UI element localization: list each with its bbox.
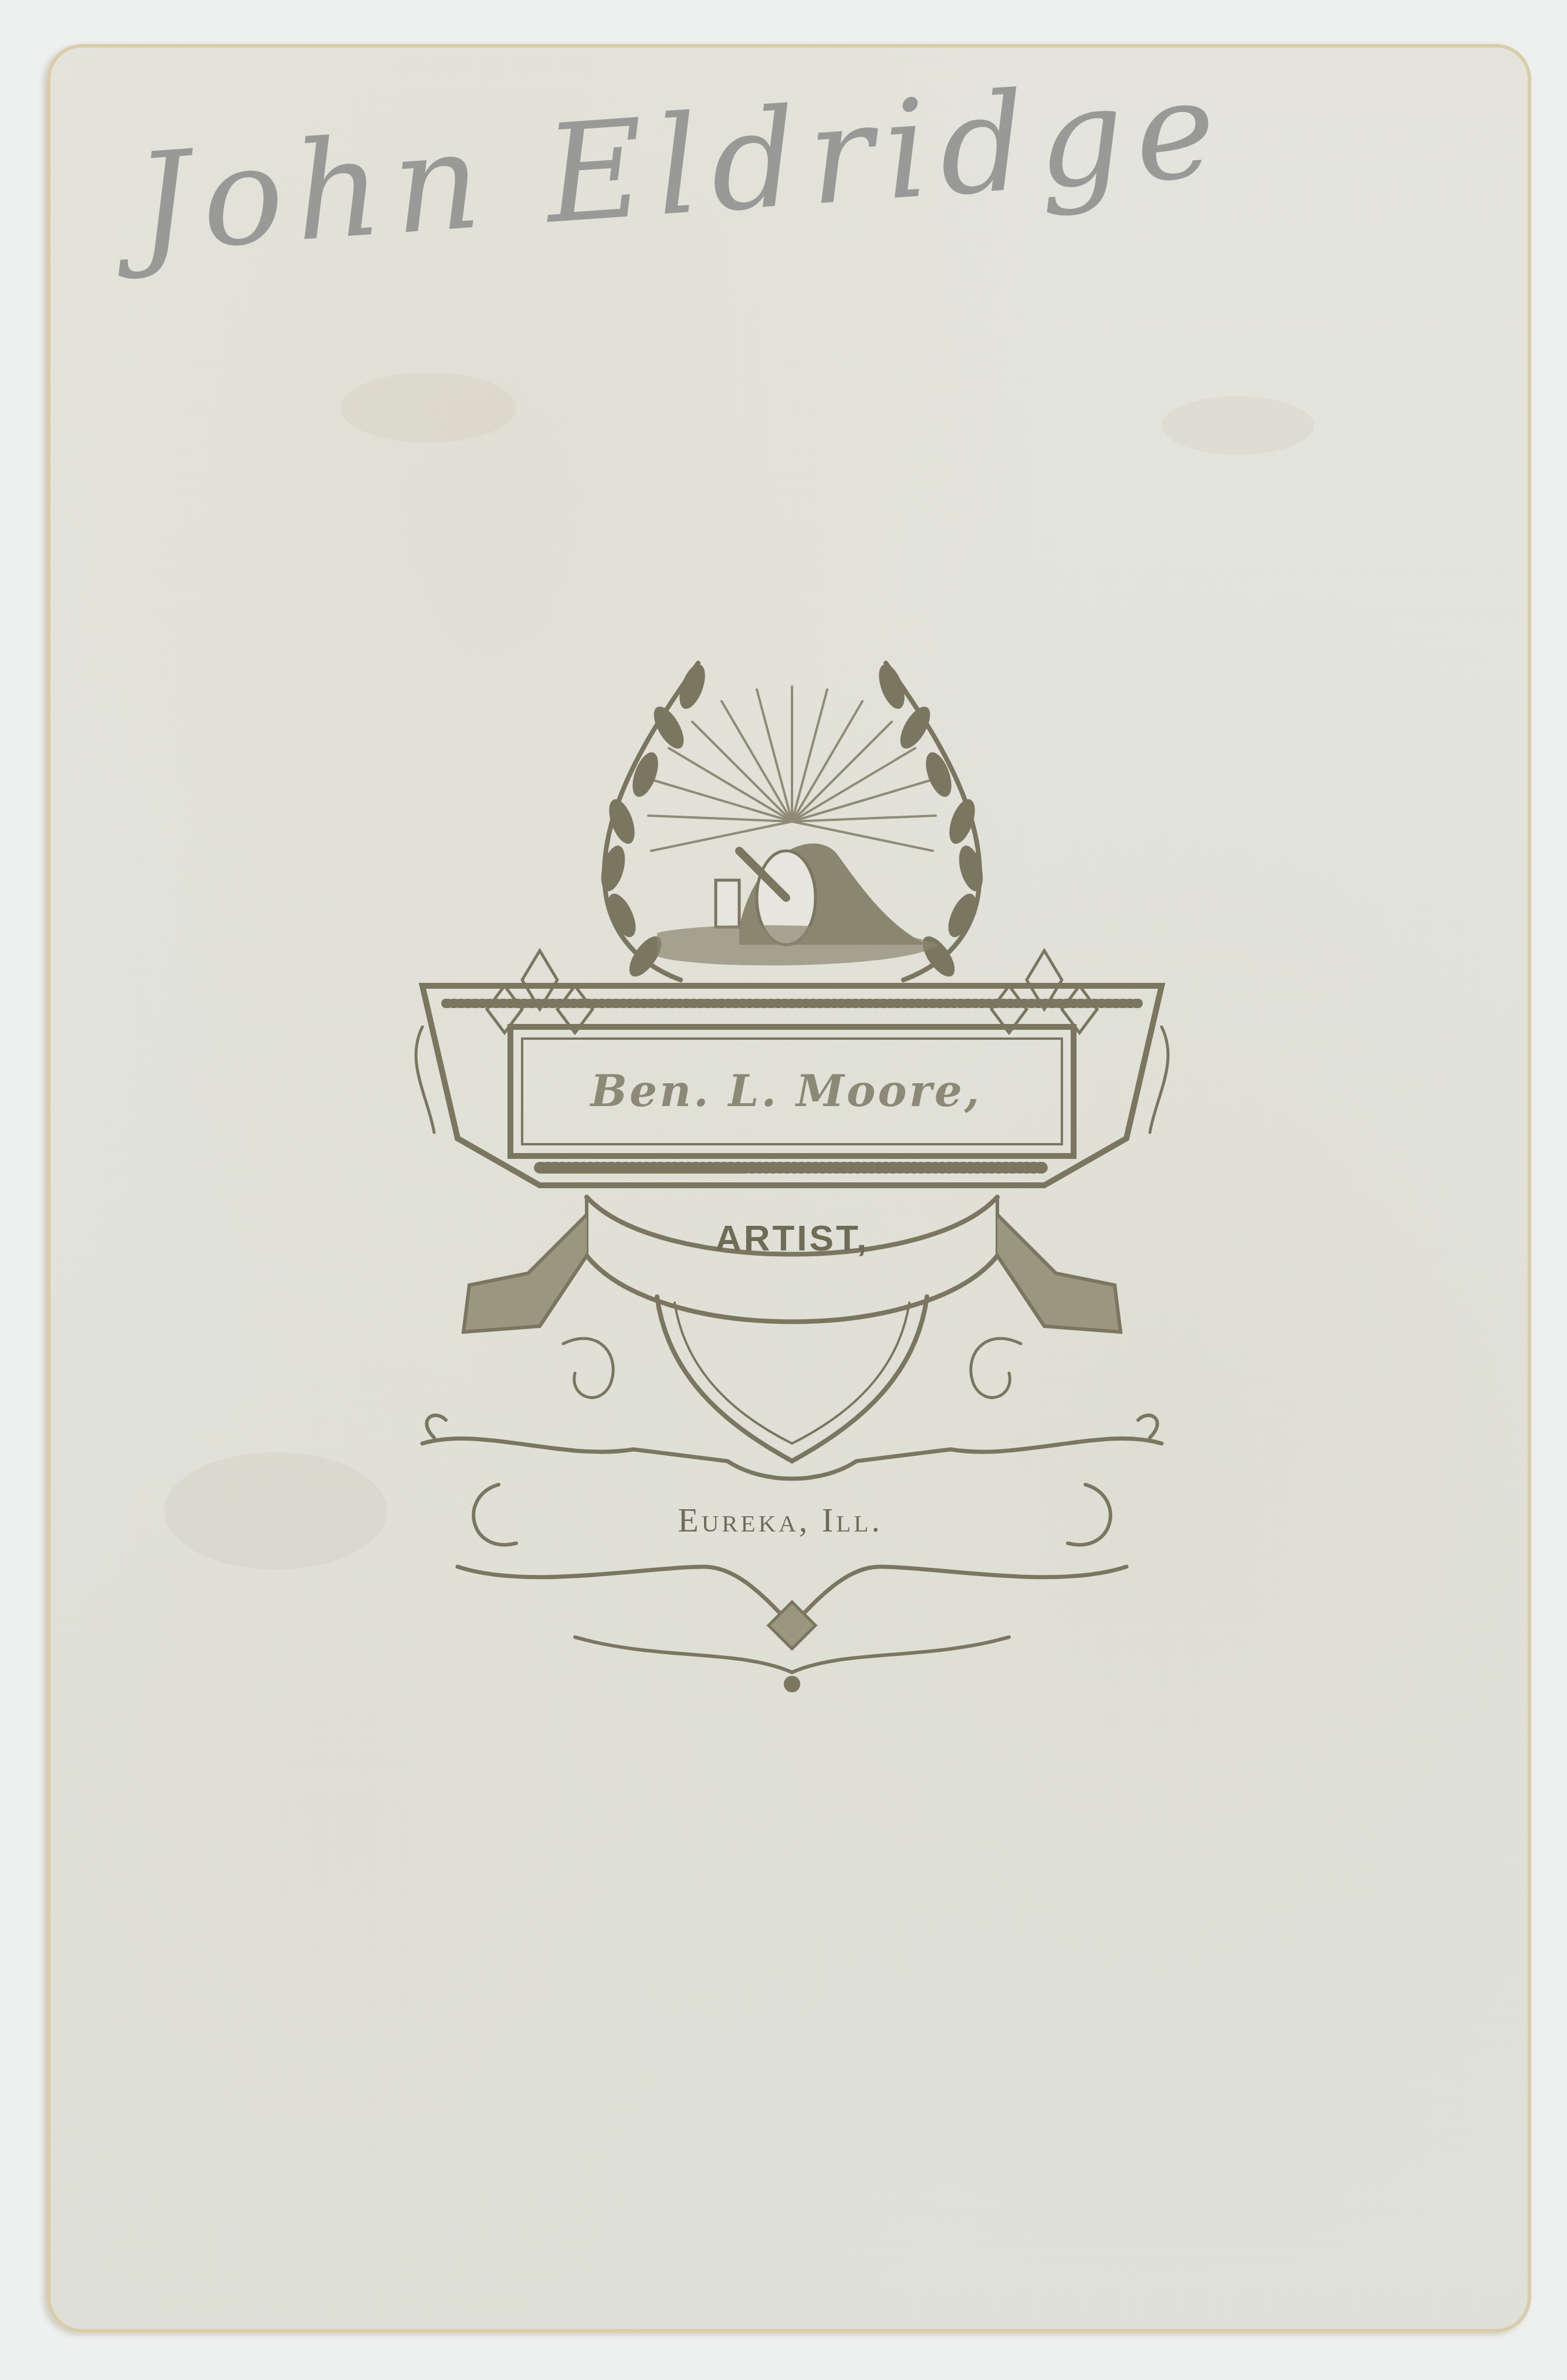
- artist-title: ARTIST,: [675, 1209, 909, 1267]
- photographer-emblem: [411, 651, 1173, 1702]
- emblem-ornament-icon: [411, 651, 1173, 1702]
- paper-stain: [164, 1452, 387, 1570]
- paper-stain: [1162, 396, 1314, 455]
- studio-location: Eureka, Ill.: [616, 1496, 945, 1543]
- photographer-name: Ben. L. Moore,: [563, 1056, 1009, 1127]
- paper-stain: [340, 373, 516, 443]
